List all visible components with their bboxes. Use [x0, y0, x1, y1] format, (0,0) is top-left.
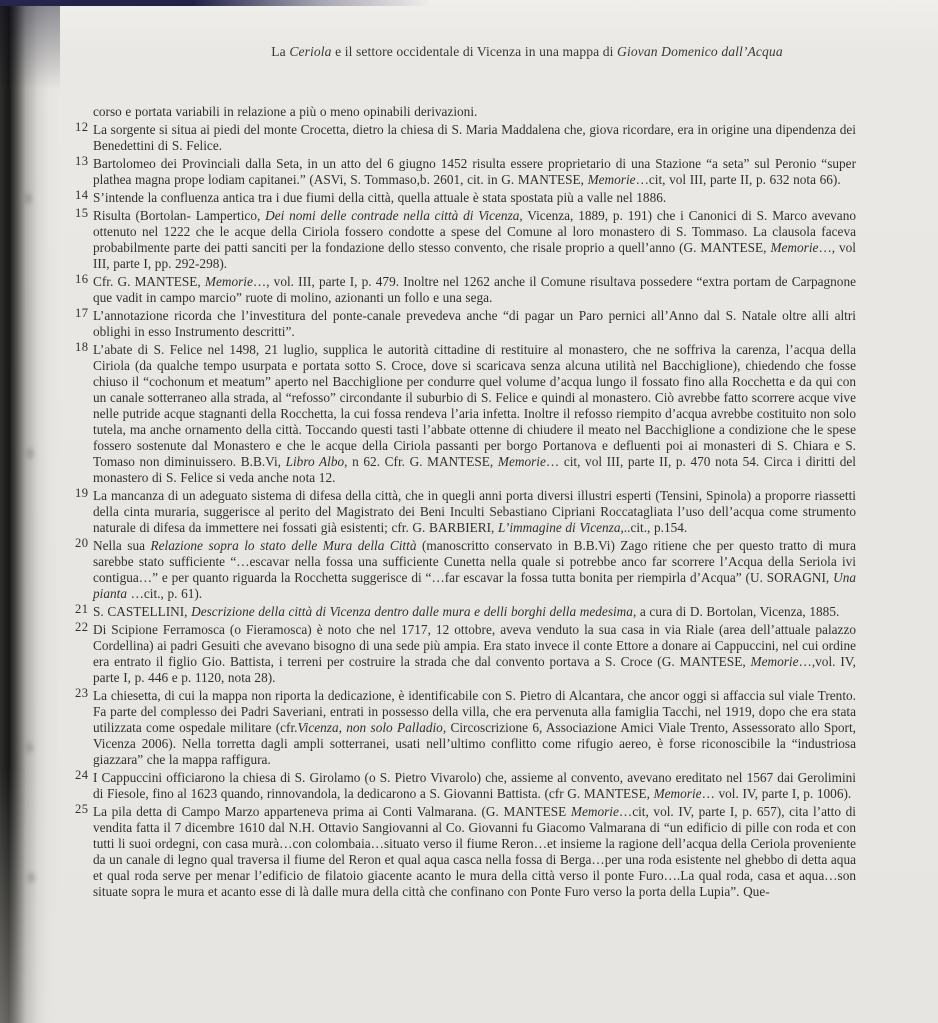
footnote-text: S’intende la confluenza antica tra i due… — [93, 190, 666, 205]
footnote-text: La mancanza di un adeguato sistema di di… — [93, 488, 856, 535]
scan-top-strip — [0, 0, 430, 6]
footnote-text: Di Scipione Ferramosca (o Fieramosca) è … — [93, 622, 856, 685]
footnote: 18 L’abate di S. Felice nel 1498, 21 lug… — [93, 342, 856, 486]
scan-speck — [27, 872, 35, 883]
footnote-text: Bartolomeo dei Provinciali dalla Seta, i… — [93, 156, 856, 187]
footnote-number: 25 — [75, 801, 88, 817]
footnote-list: 12 La sorgente si situa ai piedi del mon… — [93, 122, 856, 900]
running-header: La Ceriola e il settore occidentale di V… — [196, 44, 858, 60]
footnote: 23 La chiesetta, di cui la mappa non rip… — [93, 688, 856, 768]
footnote-text: L’abate di S. Felice nel 1498, 21 luglio… — [93, 342, 856, 485]
scan-speck — [24, 193, 32, 204]
footnote: 16 Cfr. G. MANTESE, Memorie…, vol. III, … — [93, 274, 856, 306]
footnote-number: 20 — [75, 535, 88, 551]
footnote-number: 21 — [75, 601, 88, 617]
footnote-number: 22 — [75, 619, 88, 635]
scan-speck — [26, 448, 34, 459]
footnote: 25 La pila detta di Campo Marzo apparten… — [93, 804, 856, 900]
scan-speck — [25, 742, 33, 753]
footnote: 13 Bartolomeo dei Provinciali dalla Seta… — [93, 156, 856, 188]
continuation-paragraph: corso e portata variabili in relazione a… — [93, 104, 856, 120]
scan-left-edge — [0, 0, 60, 1023]
footnote-number: 24 — [75, 767, 88, 783]
footnote-number: 23 — [75, 685, 88, 701]
footnote-number: 14 — [75, 187, 88, 203]
footnote: 21 S. CASTELLINI, Descrizione della citt… — [93, 604, 856, 620]
footnote-number: 13 — [75, 153, 88, 169]
footnote: 19 La mancanza di un adeguato sistema di… — [93, 488, 856, 536]
footnote-text: I Cappuccini officiarono la chiesa di S.… — [93, 770, 856, 801]
footnote: 22 Di Scipione Ferramosca (o Fieramosca)… — [93, 622, 856, 686]
footnote: 15 Risulta (Bortolan- Lampertico, Dei no… — [93, 208, 856, 272]
footnotes-content: corso e portata variabili in relazione a… — [93, 104, 856, 902]
footnote-number: 12 — [75, 119, 88, 135]
footnote-text: Nella sua Relazione sopra lo stato delle… — [93, 538, 856, 601]
scanned-page: La Ceriola e il settore occidentale di V… — [0, 0, 938, 1023]
footnote-text: S. CASTELLINI, Descrizione della città d… — [93, 604, 839, 619]
footnote: 14 S’intende la confluenza antica tra i … — [93, 190, 856, 206]
footnote-text: La sorgente si situa ai piedi del monte … — [93, 122, 856, 153]
footnote-number: 15 — [75, 205, 88, 221]
footnote: 24 I Cappuccini officiarono la chiesa di… — [93, 770, 856, 802]
footnote: 12 La sorgente si situa ai piedi del mon… — [93, 122, 856, 154]
footnote: 17 L’annotazione ricorda che l’investitu… — [93, 308, 856, 340]
footnote-number: 18 — [75, 339, 88, 355]
footnote-text: L’annotazione ricorda che l’investitura … — [93, 308, 856, 339]
footnote-number: 16 — [75, 271, 88, 287]
footnote: 20 Nella sua Relazione sopra lo stato de… — [93, 538, 856, 602]
footnote-text: Cfr. G. MANTESE, Memorie…, vol. III, par… — [93, 274, 856, 305]
footnote-text: La pila detta di Campo Marzo apparteneva… — [93, 804, 856, 899]
footnote-text: La chiesetta, di cui la mappa non riport… — [93, 688, 856, 767]
footnote-text: Risulta (Bortolan- Lampertico, Dei nomi … — [93, 208, 856, 271]
footnote-number: 17 — [75, 305, 88, 321]
footnote-number: 19 — [75, 485, 88, 501]
